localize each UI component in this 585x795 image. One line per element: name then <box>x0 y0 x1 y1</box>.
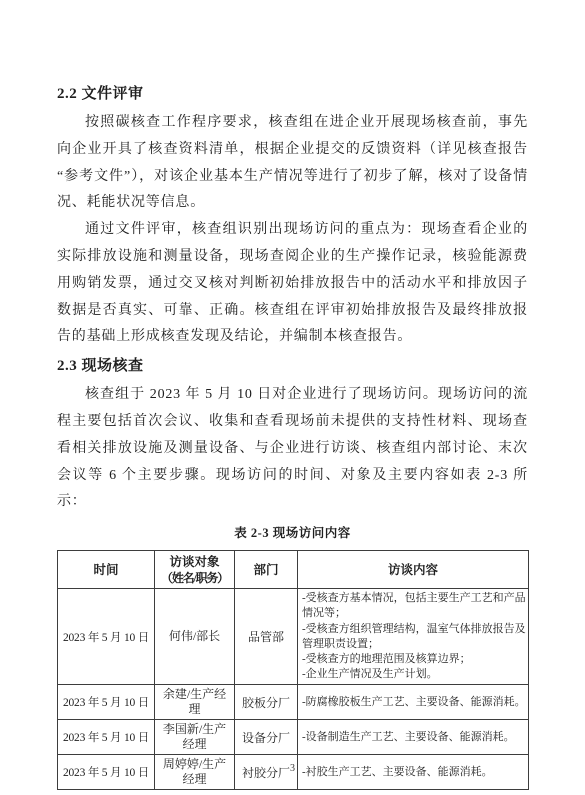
col-header-time: 时间 <box>58 551 155 589</box>
page-content: 2.2 文件评审 按照碳核查工作程序要求，核查组在进企业开展现场核查前，事先向企… <box>57 84 528 790</box>
col-header-person: 访谈对象 （姓名/职务） <box>155 551 235 589</box>
col-header-person-line2: （姓名/职务） <box>155 570 234 586</box>
site-visit-table: 时间 访谈对象 （姓名/职务） 部门 访谈内容 2023 年 5 月 10 日 … <box>57 550 529 790</box>
table-row: 2023 年 5 月 10 日 余建/生产经理 胶板分厂 -防腐橡胶板生产工艺、… <box>58 685 529 720</box>
cell-content: -设备制造生产工艺、主要设备、能源消耗。 <box>298 720 529 755</box>
section-heading-2-2: 2.2 文件评审 <box>57 84 528 104</box>
cell-person: 何伟/部长 <box>155 589 235 685</box>
page-number: 3 <box>0 763 585 774</box>
cell-content: -防腐橡胶板生产工艺、主要设备、能源消耗。 <box>298 685 529 720</box>
cell-person: 余建/生产经理 <box>155 685 235 720</box>
cell-dept: 胶板分厂 <box>235 685 298 720</box>
cell-dept: 设备分厂 <box>235 720 298 755</box>
table-caption: 表 2-3 现场访问内容 <box>57 525 528 541</box>
col-header-content: 访谈内容 <box>298 551 529 589</box>
table-row: 2023 年 5 月 10 日 何伟/部长 品管部 -受核查方基本情况，包括主要… <box>58 589 529 685</box>
cell-time: 2023 年 5 月 10 日 <box>58 589 155 685</box>
section-heading-2-3: 2.3 现场核查 <box>57 356 528 376</box>
cell-person: 李国新/生产经理 <box>155 720 235 755</box>
table-header-row: 时间 访谈对象 （姓名/职务） 部门 访谈内容 <box>58 551 529 589</box>
col-header-dept: 部门 <box>235 551 298 589</box>
cell-dept: 品管部 <box>235 589 298 685</box>
paragraph-document-review-2: 通过文件评审，核查组识别出现场访问的重点为：现场查看企业的实际排放设施和测量设备… <box>57 217 528 351</box>
col-header-person-line1: 访谈对象 <box>155 554 234 570</box>
cell-content: -受核查方基本情况，包括主要生产工艺和产品情况等； -受核查方组织管理结构，温室… <box>298 589 529 685</box>
cell-time: 2023 年 5 月 10 日 <box>58 685 155 720</box>
paragraph-document-review-1: 按照碳核查工作程序要求，核查组在进企业开展现场核查前，事先向企业开具了核查资料清… <box>57 110 528 217</box>
cell-time: 2023 年 5 月 10 日 <box>58 720 155 755</box>
paragraph-site-visit: 核查组于 2023 年 5 月 10 日对企业进行了现场访问。现场访问的流程主要… <box>57 382 528 516</box>
table-row: 2023 年 5 月 10 日 李国新/生产经理 设备分厂 -设备制造生产工艺、… <box>58 720 529 755</box>
document-page: 2.2 文件评审 按照碳核查工作程序要求，核查组在进企业开展现场核查前，事先向企… <box>0 0 585 795</box>
